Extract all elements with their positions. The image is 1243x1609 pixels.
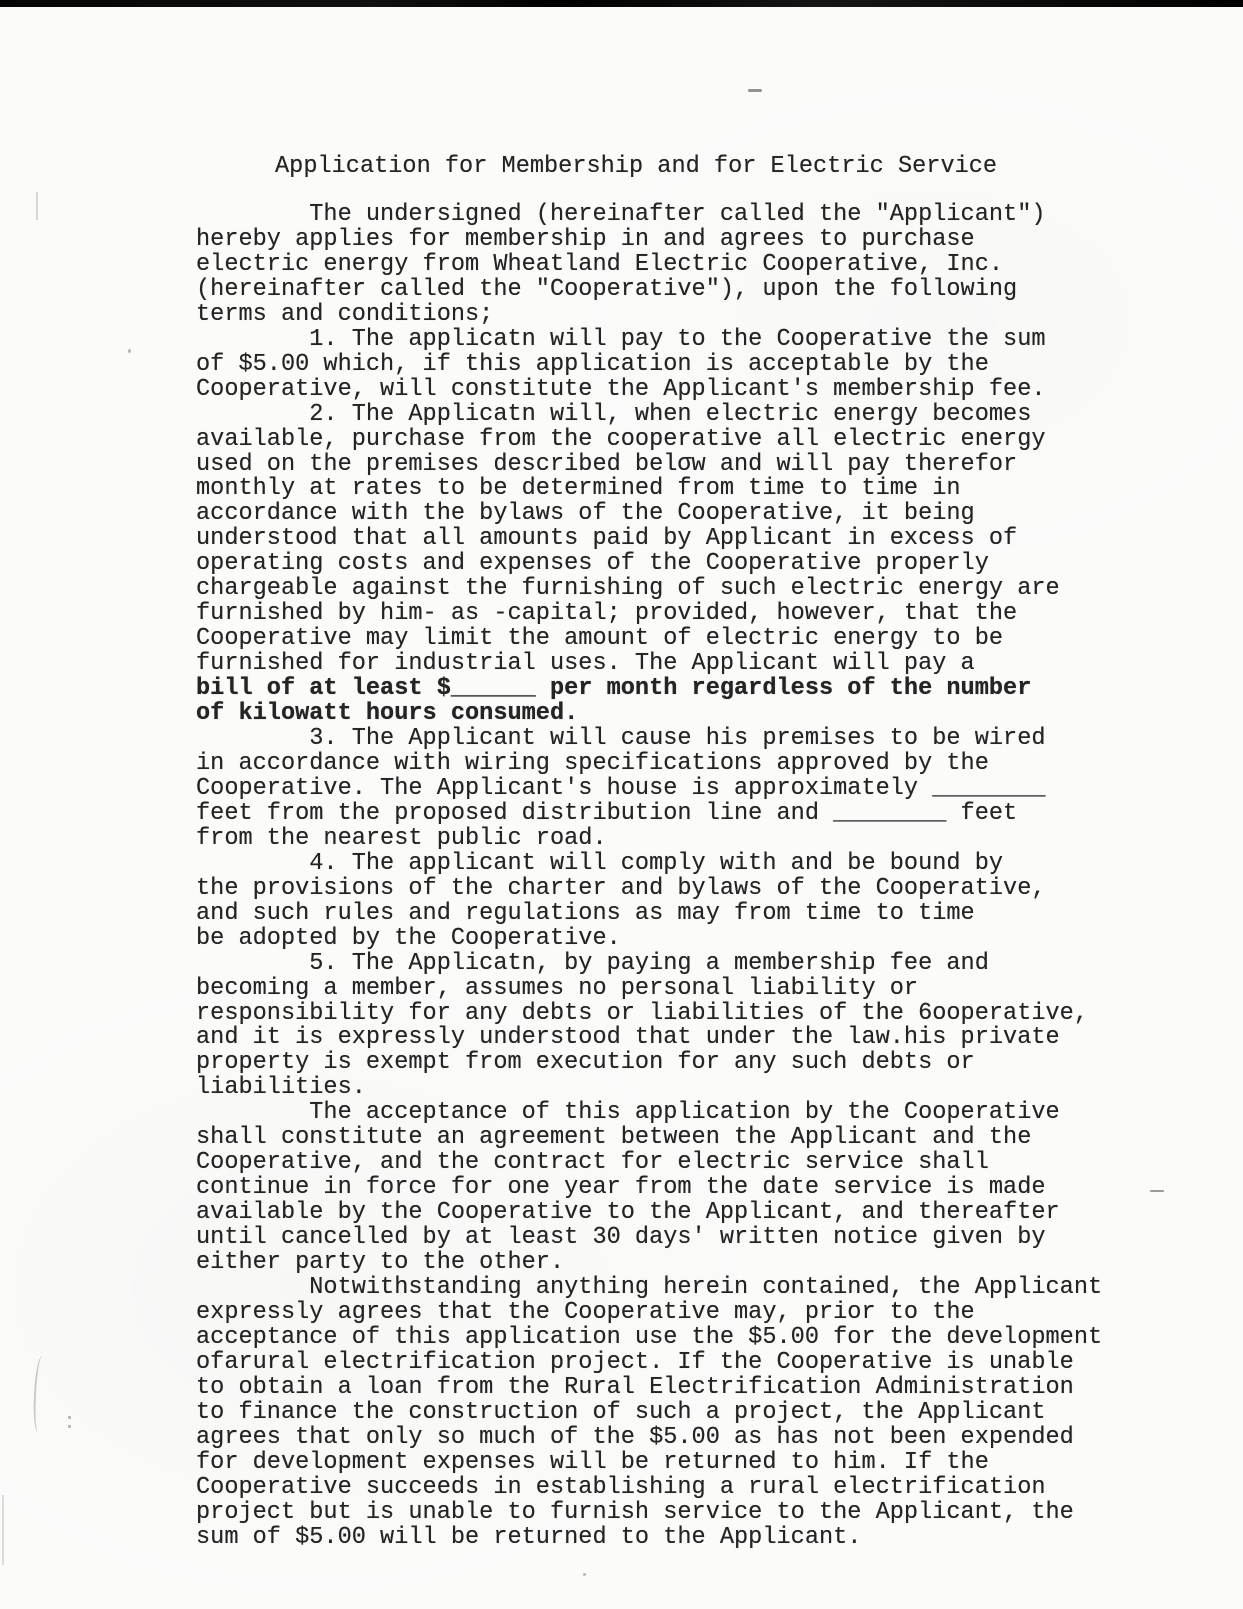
text-line: Cooperative succeeds in establishing a r… xyxy=(196,1476,1206,1501)
text-line: acceptance of this application use the $… xyxy=(196,1326,1206,1351)
text-line: feet from the proposed distribution line… xyxy=(196,802,1206,827)
text-line: from the nearest public road. xyxy=(196,827,1206,852)
text-line: in accordance with wiring specifications… xyxy=(196,752,1206,777)
document-body: The undersigned (hereinafter called the … xyxy=(196,203,1206,1550)
text-line: responsibility for any debts or liabilit… xyxy=(196,1002,1206,1027)
text-line: 1. The applicatn will pay to the Coopera… xyxy=(196,328,1206,353)
text-line: electric energy from Wheatland Electric … xyxy=(196,253,1206,278)
text-line: understood that all amounts paid by Appl… xyxy=(196,527,1206,552)
text-line: Cooperative, and the contract for electr… xyxy=(196,1151,1206,1176)
scan-artifact xyxy=(68,1416,71,1419)
text-line: shall constitute an agreement between th… xyxy=(196,1126,1206,1151)
text-line: available by the Cooperative to the Appl… xyxy=(196,1201,1206,1226)
text-line: used on the premises described belσw and… xyxy=(196,453,1206,478)
text-line: furnished for industrial uses. The Appli… xyxy=(196,652,1206,677)
text-line: project but is unable to furnish service… xyxy=(196,1501,1206,1526)
text-line: the provisions of the charter and bylaws… xyxy=(196,877,1206,902)
text-line: expressly agrees that the Cooperative ma… xyxy=(196,1301,1206,1326)
text-line: property is exempt from execution for an… xyxy=(196,1051,1206,1076)
scan-artifact xyxy=(2,1495,4,1565)
text-line: hereby applies for membership in and agr… xyxy=(196,228,1206,253)
text-line: either party to the other. xyxy=(196,1251,1206,1276)
text-line: 2. The Applicatn will, when electric ene… xyxy=(196,403,1206,428)
text-line: becoming a member, assumes no personal l… xyxy=(196,977,1206,1002)
scan-edge-artifact-top xyxy=(0,0,1243,7)
text-line: ofarural electrification project. If the… xyxy=(196,1351,1206,1376)
text-line: The undersigned (hereinafter called the … xyxy=(196,203,1206,228)
text-line: furnished by him- as -capital; provided,… xyxy=(196,602,1206,627)
text-line: and it is expressly understood that unde… xyxy=(196,1026,1206,1051)
scan-artifact xyxy=(748,89,762,92)
text-line: Cooperative may limit the amount of elec… xyxy=(196,627,1206,652)
text-line: available, purchase from the cooperative… xyxy=(196,428,1206,453)
text-line: Notwithstanding anything herein containe… xyxy=(196,1276,1206,1301)
scan-artifact xyxy=(583,1573,586,1576)
document-title: Application for Membership and for Elect… xyxy=(275,155,997,180)
text-line: chargeable against the furnishing of suc… xyxy=(196,577,1206,602)
scan-artifact xyxy=(36,192,38,220)
text-line: 5. The Applicatn, by paying a membership… xyxy=(196,952,1206,977)
text-line: sum of $5.00 will be returned to the App… xyxy=(196,1526,1206,1551)
text-line: and such rules and regulations as may fr… xyxy=(196,902,1206,927)
text-line: terms and conditions; xyxy=(196,303,1206,328)
text-line: Cooperative. The Applicant's house is ap… xyxy=(196,777,1206,802)
text-line: agrees that only so much of the $5.00 as… xyxy=(196,1426,1206,1451)
text-line: (hereinafter called the "Cooperative"), … xyxy=(196,278,1206,303)
text-line: of $5.00 which, if this application is a… xyxy=(196,353,1206,378)
text-line: until cancelled by at least 30 days' wri… xyxy=(196,1226,1206,1251)
text-line: 4. The applicant will comply with and be… xyxy=(196,852,1206,877)
text-line: Cooperative, will constitute the Applica… xyxy=(196,378,1206,403)
text-line: accordance with the bylaws of the Cooper… xyxy=(196,502,1206,527)
text-line: 3. The Applicant will cause his premises… xyxy=(196,727,1206,752)
scan-artifact xyxy=(32,1356,48,1433)
text-line: liabilities. xyxy=(196,1076,1206,1101)
scan-artifact xyxy=(128,349,131,353)
text-line: to finance the construction of such a pr… xyxy=(196,1401,1206,1426)
text-line: continue in force for one year from the … xyxy=(196,1176,1206,1201)
text-line: be adopted by the Cooperative. xyxy=(196,927,1206,952)
text-line: The acceptance of this application by th… xyxy=(196,1101,1206,1126)
text-line: bill of at least $______ per month regar… xyxy=(196,677,1206,702)
text-line: operating costs and expenses of the Coop… xyxy=(196,552,1206,577)
text-line: monthly at rates to be determined from t… xyxy=(196,477,1206,502)
text-line: of kilowatt hours consumed. xyxy=(196,702,1206,727)
text-line: to obtain a loan from the Rural Electrif… xyxy=(196,1376,1206,1401)
text-line: for development expenses will be returne… xyxy=(196,1451,1206,1476)
scanned-document-page: Application for Membership and for Elect… xyxy=(0,0,1243,1609)
